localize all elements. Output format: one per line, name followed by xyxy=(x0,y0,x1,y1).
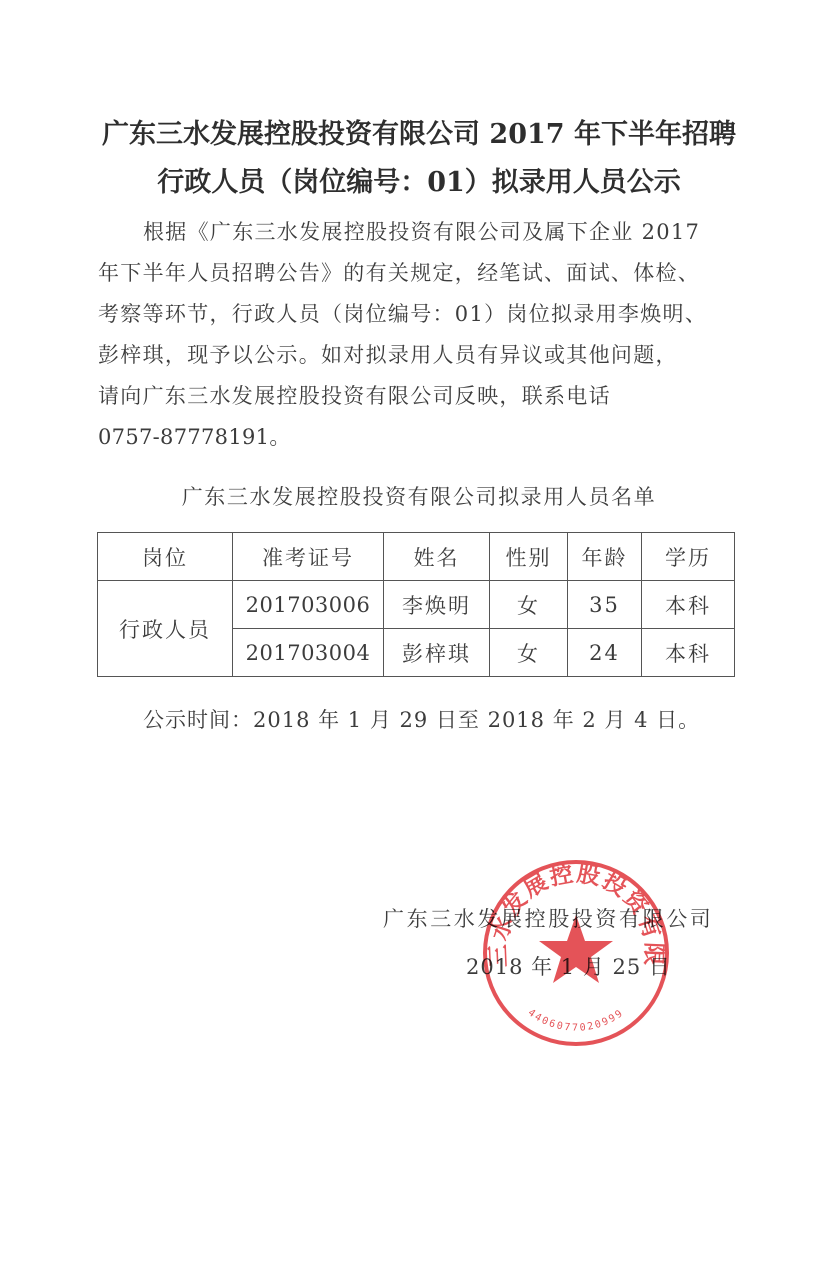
roster-title: 广东三水发展控股投资有限公司拟录用人员名单 xyxy=(0,481,838,511)
cell-gender: 女 xyxy=(490,581,568,629)
cell-age: 35 xyxy=(568,581,642,629)
header-age: 年龄 xyxy=(568,533,642,581)
body-line-6-phone: 0757-87778191。 xyxy=(98,421,291,451)
header-gender: 性别 xyxy=(490,533,568,581)
cell-exam-number: 201703006 xyxy=(233,581,384,629)
cell-exam-number: 201703004 xyxy=(233,629,384,677)
publicity-period: 公示时间：2018 年 1 月 29 日至 2018 年 2 月 4 日。 xyxy=(143,704,700,734)
body-line-1: 根据《广东三水发展控股投资有限公司及属下企业 2017 xyxy=(143,216,700,246)
body-line-3: 考察等环节，行政人员（岗位编号：01）岗位拟录用李焕明、 xyxy=(98,298,707,328)
cell-name: 李焕明 xyxy=(384,581,490,629)
cell-age: 24 xyxy=(568,629,642,677)
document-title-line-1: 广东三水发展控股投资有限公司 2017 年下半年招聘 xyxy=(0,112,838,151)
cell-name: 彭梓琪 xyxy=(384,629,490,677)
document-title-line-2: 行政人员（岗位编号：01）拟录用人员公示 xyxy=(0,160,838,199)
body-line-5: 请向广东三水发展控股投资有限公司反映，联系电话 xyxy=(98,380,611,410)
cell-position: 行政人员 xyxy=(98,581,233,677)
cell-education: 本科 xyxy=(642,629,735,677)
table-header-row: 岗位 准考证号 姓名 性别 年龄 学历 xyxy=(98,533,735,581)
hire-roster-table: 岗位 准考证号 姓名 性别 年龄 学历 行政人员 201703006 李焕明 女… xyxy=(97,532,735,677)
body-line-2: 年下半年人员招聘公告》的有关规定，经笔试、面试、体检、 xyxy=(98,257,700,287)
table-row: 行政人员 201703006 李焕明 女 35 本科 xyxy=(98,581,735,629)
svg-text:4406077020999: 4406077020999 xyxy=(526,1007,627,1033)
cell-education: 本科 xyxy=(642,581,735,629)
header-education: 学历 xyxy=(642,533,735,581)
body-line-4: 彭梓琪，现予以公示。如对拟录用人员有异议或其他问题， xyxy=(98,339,678,369)
header-exam-number: 准考证号 xyxy=(233,533,384,581)
header-name: 姓名 xyxy=(384,533,490,581)
header-position: 岗位 xyxy=(98,533,233,581)
cell-gender: 女 xyxy=(490,629,568,677)
company-seal-stamp-icon: 广东三水发展控股投资有限公司 4406077020999 xyxy=(480,857,672,1049)
